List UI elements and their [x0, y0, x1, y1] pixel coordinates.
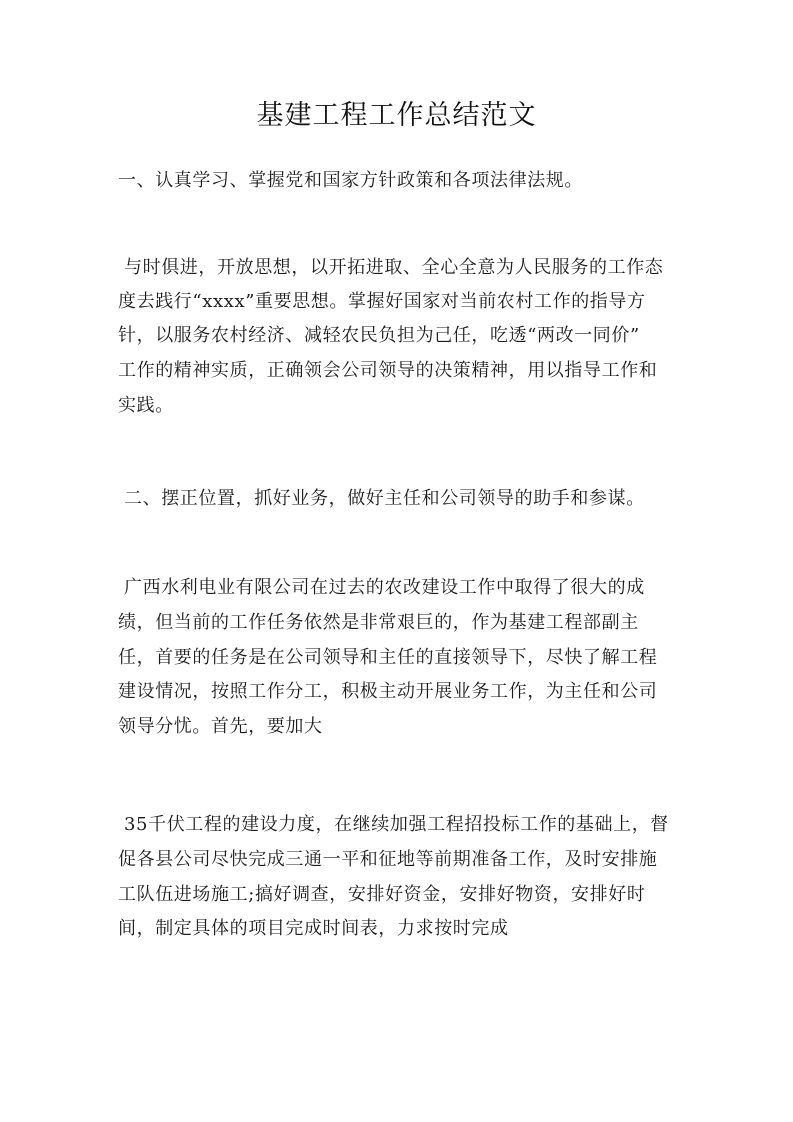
section-2-paragraph-line: 建设情况，按照工作分工，积极主动开展业务工作，为主任和公司 — [118, 680, 688, 704]
section-1-heading: 一、认真学习、掌握党和国家方针政策和各项法律法规。 — [118, 169, 688, 193]
section-2-paragraph2-line: 工队伍进场施工;搞好调查，安排好资金，安排好物资，安排好时 — [118, 883, 688, 907]
section-2-paragraph2-line: 间，制定具体的项目完成时间表，力求按时完成 — [118, 917, 688, 941]
section-1-paragraph-line: 度去践行“xxxx”重要思想。掌握好国家对当前农村工作的指导方 — [118, 290, 688, 314]
section-2-paragraph2-line: 35千伏工程的建设力度，在继续加强工程招投标工作的基础上，督 — [124, 813, 694, 837]
section-2-paragraph-line: 任，首要的任务是在公司领导和主任的直接领导下，尽快了解工程 — [118, 646, 688, 670]
section-1-paragraph-line: 针，以服务农村经济、减轻农民负担为己任，吃透“两改一同价” — [118, 324, 688, 348]
section-2-paragraph-line: 广西水利电业有限公司在过去的农改建设工作中取得了很大的成 — [124, 576, 694, 600]
document-page: 基建工程工作总结范文 一、认真学习、掌握党和国家方针政策和各项法律法规。 与时俱… — [0, 0, 793, 1122]
section-2-paragraph2-line: 促各县公司尽快完成三通一平和征地等前期准备工作，及时安排施 — [118, 848, 688, 872]
document-title: 基建工程工作总结范文 — [0, 98, 793, 134]
section-2-paragraph-line: 领导分忧。首先，要加大 — [118, 715, 688, 739]
section-1-paragraph-line: 实践。 — [118, 394, 688, 418]
section-1-paragraph-line: 工作的精神实质，正确领会公司领导的决策精神，用以指导工作和 — [118, 359, 688, 383]
section-1-paragraph-line: 与时俱进，开放思想，以开拓进取、全心全意为人民服务的工作态 — [124, 256, 694, 280]
section-2-paragraph-line: 绩，但当前的工作任务依然是非常艰巨的，作为基建工程部副主 — [118, 611, 688, 635]
section-2-heading: 二、摆正位置，抓好业务，做好主任和公司领导的助手和参谋。 — [124, 487, 694, 511]
